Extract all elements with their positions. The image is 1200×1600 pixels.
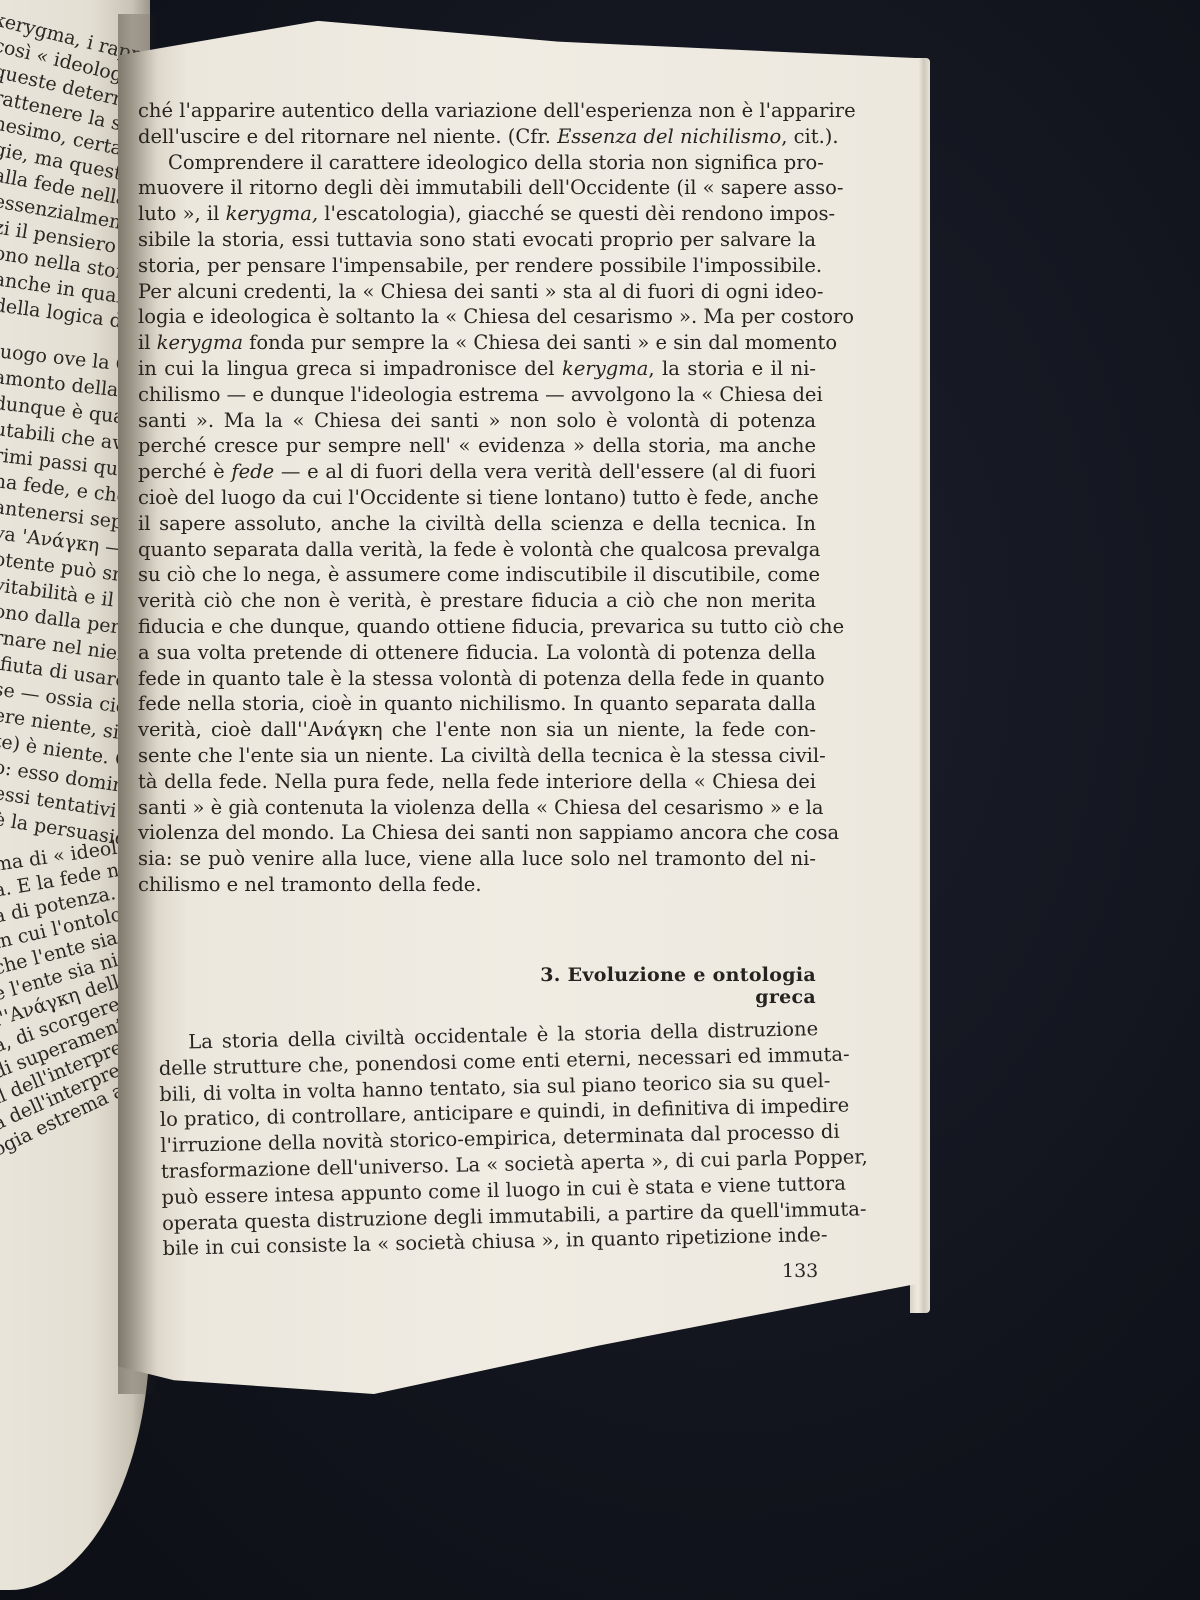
- italic-term: fede: [231, 460, 274, 483]
- text-line: perché è fede — e al di fuori della vera…: [138, 459, 816, 485]
- text-run: chilismo e nel tramonto della fede.: [138, 873, 482, 896]
- text-line: verità ciò che non è verità, è prestare …: [138, 588, 816, 614]
- text-line: santi ». Ma la « Chiesa dei santi » non …: [138, 408, 816, 434]
- text-run: muovere il ritorno degli dèi immutabili …: [138, 176, 843, 199]
- text-run: luto », il: [138, 202, 226, 225]
- text-line: a sua volta pretende di ottenere fiducia…: [138, 640, 816, 666]
- italic-term: kerygma,: [226, 202, 319, 225]
- text-line: luto », il kerygma, l'escatologia), giac…: [138, 201, 816, 227]
- text-run: storia, per pensare l'impensabile, per r…: [138, 254, 822, 277]
- text-run: su ciò che lo nega, è assumere come indi…: [138, 563, 820, 586]
- text-run: ché l'apparire autentico della variazion…: [138, 99, 856, 122]
- body-text-top: ché l'apparire autentico della variazion…: [138, 98, 816, 898]
- text-run: cioè del luogo da cui l'Occidente si tie…: [138, 486, 819, 509]
- text-run: dell'uscire e del ritornare nel niente. …: [138, 125, 557, 148]
- text-run: perché cresce pur sempre nell' « evidenz…: [138, 434, 816, 457]
- page-number: 133: [782, 1260, 818, 1282]
- text-line: fiducia e che dunque, quando ottiene fid…: [138, 614, 816, 640]
- text-run: a sua volta pretende di ottenere fiducia…: [138, 641, 816, 664]
- text-run: , la storia e il ni-: [648, 357, 816, 380]
- text-line: Per alcuni credenti, la « Chiesa dei san…: [138, 279, 816, 305]
- text-line: storia, per pensare l'impensabile, per r…: [138, 253, 816, 279]
- text-line: il sapere assoluto, anche la civiltà del…: [138, 511, 816, 537]
- text-line: perché cresce pur sempre nell' « evidenz…: [138, 433, 816, 459]
- text-line: dell'uscire e del ritornare nel niente. …: [138, 124, 816, 150]
- paragraph-evoluzione: La storia della civiltà occidentale è la…: [158, 1016, 823, 1262]
- text-run: — e al di fuori della vera verità dell'e…: [274, 460, 816, 483]
- text-line: sia: se può venire alla luce, viene alla…: [138, 846, 816, 872]
- text-run: Comprendere il carattere ideologico dell…: [168, 151, 824, 174]
- italic-title: Essenza del nichilismo: [557, 125, 781, 148]
- text-run: , cit.).: [781, 125, 838, 148]
- italic-term: kerygma: [157, 331, 243, 354]
- text-run: fede in quanto tale è la stessa volontà …: [138, 667, 825, 690]
- text-run: tà della fede. Nella pura fede, nella fe…: [138, 770, 816, 793]
- text-line: chilismo e nel tramonto della fede.: [138, 872, 816, 898]
- text-line: Comprendere il carattere ideologico dell…: [138, 150, 816, 176]
- text-run: il sapere assoluto, anche la civiltà del…: [138, 512, 816, 535]
- text-run: logia e ideologica è soltanto la « Chies…: [138, 305, 854, 328]
- text-run: sia: se può venire alla luce, viene alla…: [138, 847, 816, 870]
- text-line: sibile la storia, essi tuttavia sono sta…: [138, 227, 816, 253]
- text-run: sibile la storia, essi tuttavia sono sta…: [138, 228, 816, 251]
- text-line: violenza del mondo. La Chiesa dei santi …: [138, 820, 816, 846]
- section-heading: 3. Evoluzione e ontologia greca: [520, 964, 816, 1008]
- text-line: su ciò che lo nega, è assumere come indi…: [138, 562, 816, 588]
- text-run: santi ». Ma la « Chiesa dei santi » non …: [138, 409, 816, 432]
- text-run: violenza del mondo. La Chiesa dei santi …: [138, 821, 839, 844]
- text-run: sente che l'ente sia un niente. La civil…: [138, 744, 826, 767]
- text-line: cioè del luogo da cui l'Occidente si tie…: [138, 485, 816, 511]
- text-line: fede nella storia, cioè in quanto nichil…: [138, 691, 816, 717]
- text-line: quanto separata dalla verità, la fede è …: [138, 537, 816, 563]
- text-run: chilismo — e dunque l'ideologia estrema …: [138, 383, 823, 406]
- text-run: santi » è già contenuta la violenza dell…: [138, 796, 824, 819]
- text-run: verità ciò che non è verità, è prestare …: [138, 589, 816, 612]
- text-run: perché è: [138, 460, 231, 483]
- text-line: il kerygma fonda pur sempre la « Chiesa …: [138, 330, 816, 356]
- text-run: fiducia e che dunque, quando ottiene fid…: [138, 615, 844, 638]
- text-run: l'escatologia), giacché se questi dèi re…: [318, 202, 835, 225]
- text-line: in cui la lingua greca si impadronisce d…: [138, 356, 816, 382]
- text-run: quanto separata dalla verità, la fede è …: [138, 538, 820, 561]
- text-run: fede nella storia, cioè in quanto nichil…: [138, 692, 816, 715]
- text-run: Per alcuni credenti, la « Chiesa dei san…: [138, 280, 823, 303]
- text-line: ché l'apparire autentico della variazion…: [138, 98, 816, 124]
- text-line: sente che l'ente sia un niente. La civil…: [138, 743, 816, 769]
- text-line: logia e ideologica è soltanto la « Chies…: [138, 304, 816, 330]
- text-line: santi » è già contenuta la violenza dell…: [138, 795, 816, 821]
- text-run: verità, cioè dall''Ανάγκη che l'ente non…: [138, 718, 816, 741]
- text-run: il: [138, 331, 157, 354]
- text-run: fonda pur sempre la « Chiesa dei santi »…: [243, 331, 837, 354]
- text-line: tà della fede. Nella pura fede, nella fe…: [138, 769, 816, 795]
- text-run: in cui la lingua greca si impadronisce d…: [138, 357, 562, 380]
- text-line: muovere il ritorno degli dèi immutabili …: [138, 175, 816, 201]
- text-line: verità, cioè dall''Ανάγκη che l'ente non…: [138, 717, 816, 743]
- text-line: chilismo — e dunque l'ideologia estrema …: [138, 382, 816, 408]
- paragraph-chiesa-dei-santi: Comprendere il carattere ideologico dell…: [138, 150, 816, 898]
- text-line: fede in quanto tale è la stessa volontà …: [138, 666, 816, 692]
- italic-term: kerygma: [562, 357, 648, 380]
